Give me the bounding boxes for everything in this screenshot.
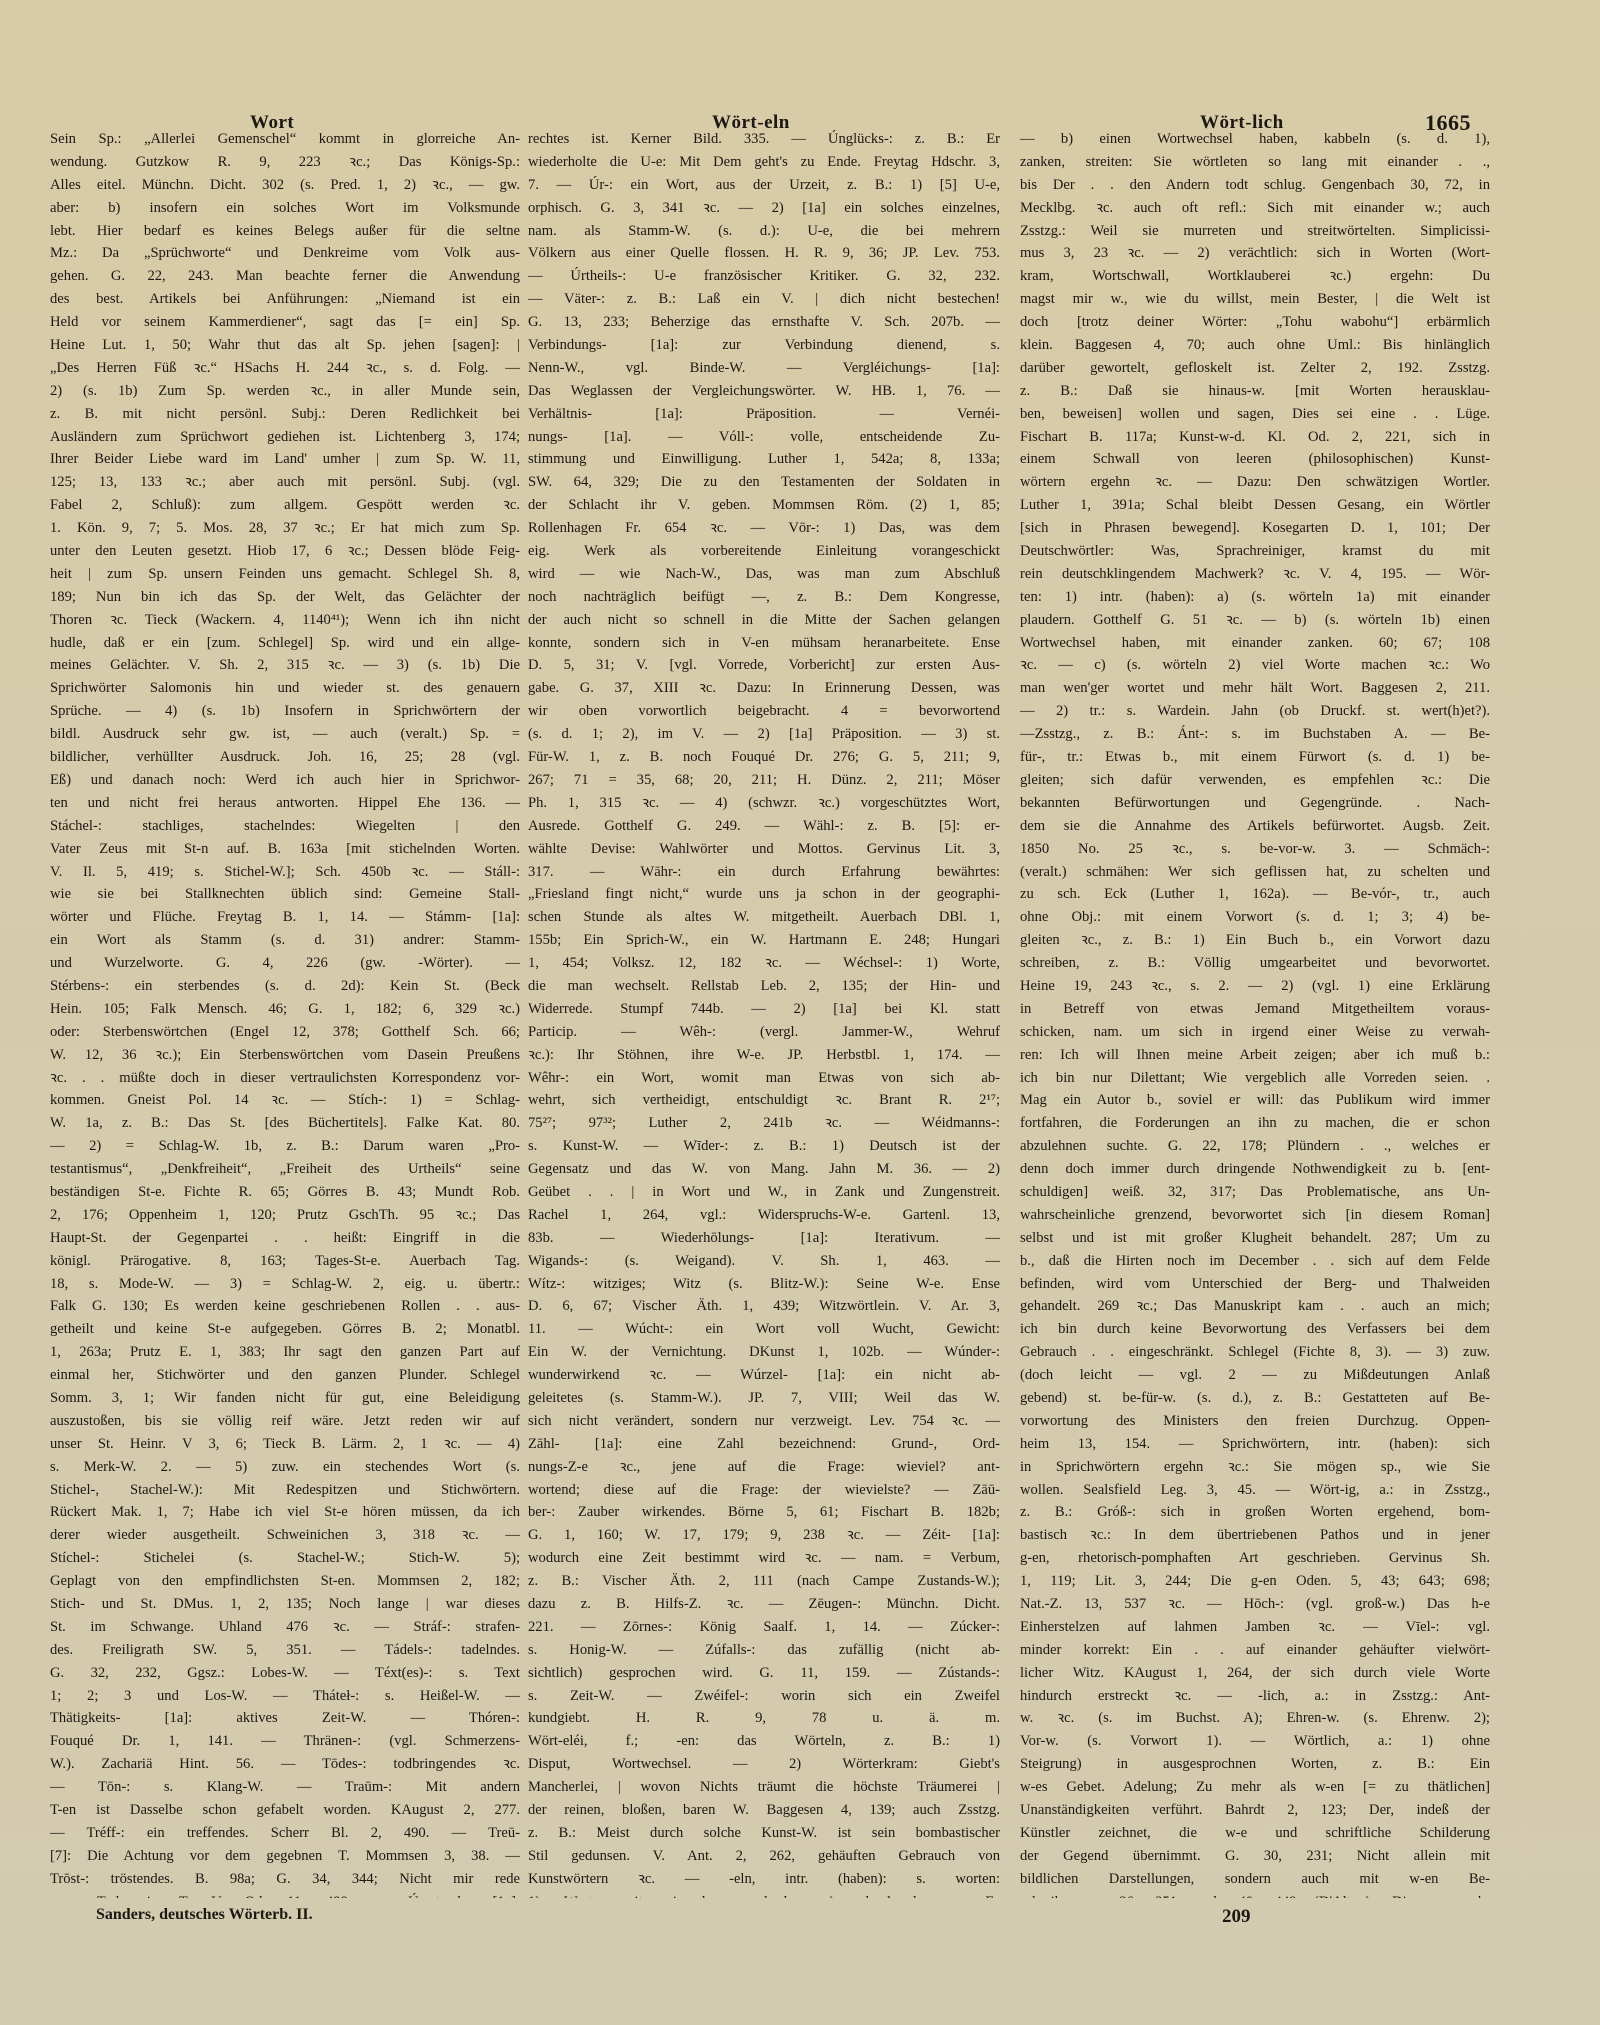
text-line: Zsstzg.: Weil sie murreten und streitwör… (1020, 220, 1490, 243)
text-line: s. Honig-W. — Zúfalls-: das zufällig (ni… (528, 1639, 1000, 1662)
text-line: schuldigen] weiß. 32, 317; Das Problemat… (1020, 1181, 1490, 1204)
text-line: (veralt.) schmähen: Wer sich geflissen h… (1020, 861, 1490, 884)
text-line: b., daß die Hirten noch im December . . … (1020, 1250, 1490, 1273)
text-line: wörtern ergehn ꝛc. — Dazu: Den schwätzig… (1020, 471, 1490, 494)
text-line: bastisch ꝛc.: In dem übertriebenen Patho… (1020, 1524, 1490, 1547)
text-line: Stérbens-: ein sterbendes (s. d. 2d): Ke… (50, 975, 520, 998)
text-line: 1. Kön. 9, 7; 5. Mos. 28, 37 ꝛc.; Er hat… (50, 517, 520, 540)
text-line: z. B.: Meist durch solche Kunst-W. ist s… (528, 1822, 1000, 1845)
text-line: unser St. Heinr. V 3, 6; Tieck B. Lärm. … (50, 1433, 520, 1456)
text-line: des. Freiligrath SW. 5, 351. — Tádels-: … (50, 1639, 520, 1662)
text-line: nungs-Z-e ꝛc., jene auf die Frage: wievi… (528, 1456, 1000, 1479)
text-line: s. Kunst-W. — Wīder-: z. B.: 1) Deutsch … (528, 1135, 1000, 1158)
text-line: Ausrede. Gotthelf G. 249. — Wähl-: z. B.… (528, 815, 1000, 838)
text-line: Somm. 3, 1; Wir fanden nicht für gut, ei… (50, 1387, 520, 1410)
text-line: selbst und ist mit großer Klugheit behan… (1020, 1227, 1490, 1250)
text-line: ꝛc.): Ihr Stöhnen, ihre W-e. JP. Herbstb… (528, 1044, 1000, 1067)
text-column-1: Sein Sp.: „Allerlei Gemenschel“ kommt in… (50, 128, 520, 1898)
text-line: Mecklbg. ꝛc. auch oft refl.: Sich mit ei… (1020, 197, 1490, 220)
text-line: der Schlacht ihr V. geben. Mommsen Röm. … (528, 494, 1000, 517)
text-line: — 2) tr.: s. Wardein. Jahn (ob Druckf. s… (1020, 700, 1490, 723)
text-line: Gegensatz und das W. von Mang. Jahn M. 3… (528, 1158, 1000, 1181)
text-line: Particip. — Wêh-: (vergl. Jammer-W., Weh… (528, 1021, 1000, 1044)
text-line: und Wurzelworte. G. 4, 226 (gw. -Wörter)… (50, 952, 520, 975)
text-line: vom Tod ein T. V. Od. 11, 488. — Úmstand… (50, 1891, 520, 1898)
text-line: bis Der . . den Andern todt schlug. Geng… (1020, 174, 1490, 197)
text-line: Fabel 2, Schluß): zum allgem. Gespött we… (50, 494, 520, 517)
text-line: Heine 19, 243 ꝛc., s. 2. — 2) (vgl. 1) e… (1020, 975, 1490, 998)
text-line: Widerrede. Stumpf 744b. — 2) [1a] bei Kl… (528, 998, 1000, 1021)
text-line: magst mir w., wie du willst, mein Bester… (1020, 288, 1490, 311)
text-line: darüber gewortelt, gefloskelt ist. Zelte… (1020, 357, 1490, 380)
text-line: schicken, nam. um sich in irgend einer W… (1020, 1021, 1490, 1044)
text-line: abzulehnen suchte. G. 22, 178; Plündern … (1020, 1135, 1490, 1158)
text-line: wehrt, sich vertheidigt, entschuldigt ꝛc… (528, 1089, 1000, 1112)
text-line: Zāhl- [1a]: eine Zahl bezeichnend: Grund… (528, 1433, 1000, 1456)
text-line: 83b. — Wiederhōlungs- [1a]: Iterativum. … (528, 1227, 1000, 1250)
text-line: licher Witz. KAugust 1, 264, der sich du… (1020, 1662, 1490, 1685)
text-line: rein deutschklingendem Machwerk? ꝛc. V. … (1020, 563, 1490, 586)
text-line: ich bin durch keine Bevorwortung des Ver… (1020, 1318, 1490, 1341)
text-line: heit | zum Sp. unsern Feinden uns gemach… (50, 563, 520, 586)
text-line: z. B.: Vischer Äth. 2, 111 (nach Campe Z… (528, 1570, 1000, 1593)
text-line: derer wieder ausgetheilt. Schweinichen 3… (50, 1524, 520, 1547)
text-line: sichtlich) gesprochen wird. G. 11, 159. … (528, 1662, 1000, 1685)
text-line: Falk G. 130; Es werden keine geschrieben… (50, 1295, 520, 1318)
text-line: 125; 13, 133 ꝛc.; aber auch mit persönl.… (50, 471, 520, 494)
text-line: bildl. Ausdruck sehr gw. ist, — auch (ve… (50, 723, 520, 746)
text-line: Gebrauch . . eingeschränkt. Schlegel (Fi… (1020, 1341, 1490, 1364)
text-line: Deutschwörtler: Was, Sprachreiniger, kra… (1020, 540, 1490, 563)
text-line: 1) Worte mit einander wechseln: a) plaud… (528, 1891, 1000, 1898)
text-line: Ausländern zum Sprüchwort gediehen ist. … (50, 426, 520, 449)
text-line: 2) (s. 1b) Zum Sp. werden ꝛc., in aller … (50, 380, 520, 403)
text-line: Kunstwörtern ꝛc. — -eln, intr. (haben): … (528, 1868, 1000, 1891)
text-line: kram, Wortschwall, Wortklauberei ꝛc.) er… (1020, 265, 1490, 288)
text-line: Fischart B. 117a; Kunst-w-d. Kl. Od. 2, … (1020, 426, 1490, 449)
text-line: Geplagt von den empfindlichsten St-en. M… (50, 1570, 520, 1593)
text-line: z. B.: Gróß-: sich in großen Worten erge… (1020, 1501, 1490, 1524)
text-line: Verhältnis- [1a]: Präposition. — Vernéi- (528, 403, 1000, 426)
text-line: schen Stunde als altes W. mitgetheilt. A… (528, 906, 1000, 929)
text-line: — Tréff-: ein treffendes. Scherr Bl. 2, … (50, 1822, 520, 1845)
text-line: sich nicht verändert, sondern nur verzwe… (528, 1410, 1000, 1433)
text-line: man wen'ger wortet und mehr hält Wort. B… (1020, 677, 1490, 700)
text-line: konnte, sondern sich in V-en mühsam hera… (528, 632, 1000, 655)
text-line: Künstler zeichnet, die w-e und schriftli… (1020, 1822, 1490, 1845)
text-line: 1, 119; Lit. 3, 244; Die g-en Oden. 5, 4… (1020, 1570, 1490, 1593)
text-line: s. Zeit-W. — Zwéifel-: worin sich ein Zw… (528, 1685, 1000, 1708)
text-line: nungs- [1a]. — Vóll-: volle, entscheiden… (528, 426, 1000, 449)
text-line: Sein Sp.: „Allerlei Gemenschel“ kommt in… (50, 128, 520, 151)
text-line: wiederholte die U-e: Mit Dem geht's zu E… (528, 151, 1000, 174)
text-line: Unanständigkeiten verführt. Bahrdt 2, 12… (1020, 1799, 1490, 1822)
text-line: w. ꝛc. (s. im Buchst. A); Ehren-w. (s. E… (1020, 1707, 1490, 1730)
text-line: des best. Artikels bei Anführungen: „Nie… (50, 288, 520, 311)
text-line: hindurch erstreckt ꝛc. — -lich, a.: in Z… (1020, 1685, 1490, 1708)
text-line: — Väter-: z. B.: Laß ein V. | dich nicht… (528, 288, 1000, 311)
text-line: D. 6, 67; Vischer Äth. 1, 439; Witzwörtl… (528, 1295, 1000, 1318)
text-line: W. 1a, z. B.: Das St. [des Büchertitels]… (50, 1112, 520, 1135)
text-line: vorwortung des Ministers den freien Durc… (1020, 1410, 1490, 1433)
text-line: ten: 1) intr. (haben): a) (s. wörteln 1a… (1020, 586, 1490, 609)
text-line: T-en ist Dasselbe schon gefabelt worden.… (50, 1799, 520, 1822)
text-line: gebend) st. be-für-w. (s. d.), z. B.: Ge… (1020, 1387, 1490, 1410)
text-line: wortend; diese auf die Frage: der wievie… (528, 1479, 1000, 1502)
text-column-2: rechtes ist. Kerner Bild. 335. — Únglück… (528, 128, 1000, 1898)
text-line: gehandelt. 269 ꝛc.; Das Manuskript kam .… (1020, 1295, 1490, 1318)
text-line: 155b; Ein Sprich-W., ein W. Hartmann E. … (528, 929, 1000, 952)
text-line: Thätigkeits- [1a]: aktives Zeit-W. — Thó… (50, 1707, 520, 1730)
text-line: kommen. Gneist Pol. 14 ꝛc. — Stích-: 1) … (50, 1089, 520, 1112)
text-line: wendung. Gutzkow R. 9, 223 ꝛc.; Das Köni… (50, 151, 520, 174)
text-line: G. 32, 232, Ggsz.: Lobes-W. — Téxt(es)-:… (50, 1662, 520, 1685)
text-line: Haupt-St. der Gegenpartei . . heißt: Ein… (50, 1227, 520, 1250)
text-line: g-en, rhetorisch-pomphaften Art geschrie… (1020, 1547, 1490, 1570)
text-line: gleiten ꝛc., z. B.: 1) Ein Buch b., ein … (1020, 929, 1490, 952)
text-line: der Gegend übernimmt. G. 30, 231; Nicht … (1020, 1845, 1490, 1868)
text-line: Stich- und St. DMus. 1, 2, 135; Noch lan… (50, 1593, 520, 1616)
text-line: 189; Nun bin ich das Sp. der Welt, das G… (50, 586, 520, 609)
text-line: Ph. 1, 315 ꝛc. — 4) (schwzr. ꝛc.) vorges… (528, 792, 1000, 815)
text-line: Völkern aus einer Quelle flossen. H. R. … (528, 242, 1000, 265)
text-line: 75²⁷; 97³²; Luther 2, 241b ꝛc. — Wéidman… (528, 1112, 1000, 1135)
text-line: Für-W. 1, z. B. noch Fouqué Dr. 276; G. … (528, 746, 1000, 769)
text-line: D. 5, 31; V. [vgl. Vorrede, Vorbericht] … (528, 654, 1000, 677)
text-line: unter den Leuten gesetzt. Hiob 17, 6 ꝛc.… (50, 540, 520, 563)
text-line: 11. — Wúcht-: ein Wort voll Wucht, Gewic… (528, 1318, 1000, 1341)
text-line: für-, tr.: Etwas b., mit einem Fürwort (… (1020, 746, 1490, 769)
text-line: Rollenhagen Fr. 654 ꝛc. — Vōr-: 1) Das, … (528, 517, 1000, 540)
text-line: Vor-w. (s. Vorwort 1). — Wörtlich, a.: 1… (1020, 1730, 1490, 1753)
text-line: W.). Zachariä Hint. 56. — Tōdes-: todbri… (50, 1753, 520, 1776)
text-line: noch nachträglich beifügt —, z. B.: Dem … (528, 586, 1000, 609)
text-line: — Úrtheils-: U-e französischer Kritiker.… (528, 265, 1000, 288)
text-line: z. B.: Daß sie hinaus-w. [mit Worten her… (1020, 380, 1490, 403)
text-line: ohne Obj.: mit einem Vorwort (s. d. 1; 3… (1020, 906, 1490, 929)
text-line: Wigands-: (s. Weigand). V. Sh. 1, 463. — (528, 1250, 1000, 1273)
text-line: [sich in Phrasen bewegend]. Kosegarten D… (1020, 517, 1490, 540)
dictionary-page: Wort Wört-eln Wört-lich 1665 Sein Sp.: „… (0, 0, 1600, 2025)
text-line: Alles eitel. Münchn. Dicht. 302 (s. Pred… (50, 174, 520, 197)
text-line: ben, beweisen] wollen und sagen, Dies se… (1020, 403, 1490, 426)
text-line: gabe. G. 37, XIII ꝛc. Dazu: In Erinnerun… (528, 677, 1000, 700)
text-line: Stil gedunsen. V. Ant. 2, 262, gehäuften… (528, 1845, 1000, 1868)
text-line: dazu z. B. Hilfs-Z. ꝛc. — Zēugen-: Münch… (528, 1593, 1000, 1616)
text-line: denn doch immer durch dringende Nothwend… (1020, 1158, 1490, 1181)
text-line: 7. — Úr-: ein Wort, aus der Urzeit, z. B… (528, 174, 1000, 197)
text-line: mus 3, 23 ꝛc. — 2) verächtlich: sich in … (1020, 242, 1490, 265)
text-line: (doch leicht — vgl. 2 — zu Mißdeutungen … (1020, 1364, 1490, 1387)
text-line: zanken, streiten: Sie wörtleten so lang … (1020, 151, 1490, 174)
text-line: Eß) und danach noch: Werd ich auch hier … (50, 769, 520, 792)
text-line: doch [trotz deiner Wörter: „Tohu wabohu“… (1020, 311, 1490, 334)
text-line: wie sie bei Stallknechten üblich sind: G… (50, 883, 520, 906)
text-line: plaudern. Gotthelf G. 51 ꝛc. — b) (s. wö… (1020, 609, 1490, 632)
text-line: bekannten Befürwortungen und Gegengründe… (1020, 792, 1490, 815)
text-line: —Zsstzg., z. B.: Ánt-: s. im Buchstaben … (1020, 723, 1490, 746)
text-line: Mancherlei, | wovon Nichts träumt die hö… (528, 1776, 1000, 1799)
text-line: V. Il. 5, 419; s. Stichel-W.]; Sch. 450b… (50, 861, 520, 884)
text-line: Steigrung) in ausgesprochnen Worten, z. … (1020, 1753, 1490, 1776)
text-line: — Tōn-: s. Klang-W. — Traūm-: Mit andern (50, 1776, 520, 1799)
text-line: z. B. mit nicht persönl. Subj.: Deren Re… (50, 403, 520, 426)
text-line: s. Merk-W. 2. — 5) zuw. ein stechendes W… (50, 1456, 520, 1479)
text-line: schreiben, z. B.: Völlig umgearbeitet un… (1020, 952, 1490, 975)
text-line: die man wechselt. Rellstab Leb. 2, 135; … (528, 975, 1000, 998)
text-line: in Sprichwörtern ergehn ꝛc.: Sie mögen s… (1020, 1456, 1490, 1479)
text-line: oder: Sterbenswörtchen (Engel 12, 378; G… (50, 1021, 520, 1044)
text-line: G. 1, 160; W. 17, 179; 9, 238 ꝛc. — Zéit… (528, 1524, 1000, 1547)
text-line: Luther 1, 391a; Schal bleibt Dessen Gesa… (1020, 494, 1490, 517)
text-line: Ihrer Beider Liebe ward im Land' umher |… (50, 448, 520, 471)
text-line: ten und nicht frei heraus antworten. Hip… (50, 792, 520, 815)
text-line: SW. 64, 329; Die zu den Testamenten der … (528, 471, 1000, 494)
text-line: Mz.: Da „Sprüchworte“ und Denkreime vom … (50, 242, 520, 265)
text-line: wahrscheinliche grenzend, bevorwortet si… (1020, 1204, 1490, 1227)
text-line: der reinen, bloßen, baren W. Baggesen 4,… (528, 1799, 1000, 1822)
text-line: ꝛc. . . müßte doch in dieser vertraulich… (50, 1067, 520, 1090)
text-line: — 2) = Schlag-W. 1b, z. B.: Darum waren … (50, 1135, 520, 1158)
text-line: Nenn-W., vgl. Binde-W. — Vergléichungs- … (528, 357, 1000, 380)
text-line: königl. Prärogative. 8, 163; Tages-St-e.… (50, 1250, 520, 1273)
text-line: w-es Gebet. Adelung; Zu mehr als w-en [=… (1020, 1776, 1490, 1799)
text-line: einem Schwall von leeren (philosophische… (1020, 448, 1490, 471)
text-line: Das Weglassen der Vergleichungswörter. W… (528, 380, 1000, 403)
text-line: beständigen St-e. Fichte R. 65; Görres B… (50, 1181, 520, 1204)
text-line: hudle, daß er ein [zum. Schlegel] Sp. wi… (50, 632, 520, 655)
text-line: wählte Devise: Wahlwörter und Mottos. Ge… (528, 838, 1000, 861)
text-line: Wítz-: witziges; Witz (s. Blitz-W.): Sei… (528, 1273, 1000, 1296)
text-line: 1; 2; 3 und Los-W. — Tháteł-: s. Heißel-… (50, 1685, 520, 1708)
text-line: wunderwirkend ꝛc. — Wúrzel- [1a]: ein ni… (528, 1364, 1000, 1387)
text-line: gleiten; sich dafür verwenden, es empfeh… (1020, 769, 1490, 792)
text-line: ꝛc. — c) (s. wörteln 2) viel Worte mache… (1020, 654, 1490, 677)
text-line: 1, 454; Volksz. 12, 182 ꝛc. — Wéchsel-: … (528, 952, 1000, 975)
text-line: der auch nicht so schnell in die Mitte d… (528, 609, 1000, 632)
text-line: 1850 No. 25 ꝛc., s. be-vor-w. 3. — Schmä… (1020, 838, 1490, 861)
text-line: Stíchel-: Stichelei (s. Stachel-W.; Stic… (50, 1547, 520, 1570)
text-line: Hein. 105; Falk Mensch. 46; G. 1, 182; 6… (50, 998, 520, 1021)
text-line: auszustoßen, bis sie völlig reif wäre. J… (50, 1410, 520, 1433)
text-line: Stáchel-: stachliges, stachelndes: Wiege… (50, 815, 520, 838)
text-line: Fouqué Dr. 1, 141. — Thränen-: (vgl. Sch… (50, 1730, 520, 1753)
text-line: Einherstelzen auf lahmen Jamben ꝛc. — Vī… (1020, 1616, 1490, 1639)
text-line: ren: Ich will Ihnen meine Arbeit zeigen;… (1020, 1044, 1490, 1067)
text-line: Ein W. der Vernichtung. DKunst 1, 102b. … (528, 1341, 1000, 1364)
sheet-number: 209 (1222, 1906, 1251, 1928)
text-line: zu sch. Eck (Luther 1, 162a). — Be-vór-,… (1020, 883, 1490, 906)
text-line: 2, 176; Oppenheim 1, 120; Prutz GschTh. … (50, 1204, 520, 1227)
text-line: Vater Zeus mit St-n auf. B. 163a [mit st… (50, 838, 520, 861)
text-line: Heine Lut. 1, 50; Wahr thut das alt Sp. … (50, 334, 520, 357)
text-line: kundgiebt. H. R. 9, 78 u. ä. m. (528, 1707, 1000, 1730)
text-line: 1, 263a; Prutz E. 1, 383; Ihr sagt den g… (50, 1341, 520, 1364)
text-line: nam. als Stamm-W. (s. d.): U-e, die bei … (528, 220, 1000, 243)
text-line: wodurch eine Zeit bestimmt wird ꝛc. — na… (528, 1547, 1000, 1570)
text-line: einmal her, Stichwörter und den ganzen P… (50, 1364, 520, 1387)
text-line: 317. — Wāhr-: ein durch Erfahrung bewähr… (528, 861, 1000, 884)
text-line: minder korrekt: Ein . . auf einander geh… (1020, 1639, 1490, 1662)
text-line: — b) einen Wortwechsel haben, kabbeln (s… (1020, 128, 1490, 151)
text-line: Sprüche. — 4) (s. 1b) Insofern in Sprich… (50, 700, 520, 723)
text-line: Disput, Wortwechsel. — 2) Wörterkram: Gi… (528, 1753, 1000, 1776)
text-line: (s. d. 1; 2), im V. — 2) [1a] Präpositio… (528, 723, 1000, 746)
text-line: wird — wie Nach-W., Das, was man zum Abs… (528, 563, 1000, 586)
text-line: 18, s. Mode-W. — 3) = Schlag-W. 2, eig. … (50, 1273, 520, 1296)
text-line: eig. Werk als vorbereitende Einleitung v… (528, 540, 1000, 563)
text-line: Wortwechsel haben, mit einander zanken. … (1020, 632, 1490, 655)
text-line: W. 12, 36 ꝛc.); Ein Sterbenswörtchen vom… (50, 1044, 520, 1067)
text-line: geleitetes (s. Stamm-W.). JP. 7, VIII; W… (528, 1387, 1000, 1410)
text-line: Thoren ꝛc. Tieck (Wackern. 4, 1140⁴¹); W… (50, 609, 520, 632)
text-line: Geübet . . | in Wort und W., in Zank und… (528, 1181, 1000, 1204)
text-line: „Des Herren Füß ꝛc.“ HSachs H. 244 ꝛc., … (50, 357, 520, 380)
text-line: Sprichwörter Salomonis hin und wieder st… (50, 677, 520, 700)
text-line: aber: b) insofern ein solches Wort im Vo… (50, 197, 520, 220)
text-line: 267; 71 = 35, 68; 20, 211; H. Dünz. 2, 2… (528, 769, 1000, 792)
text-line: 221. — Zōrnes-: König Saalf. 1, 14. — Zú… (528, 1616, 1000, 1639)
text-line: Wört-eléi, f.; -en: das Wörteln, z. B.: … (528, 1730, 1000, 1753)
text-column-3: — b) einen Wortwechsel haben, kabbeln (s… (1020, 128, 1490, 1898)
text-line: meines Gelächter. V. Sh. 2, 315 ꝛc. — 3)… (50, 654, 520, 677)
text-line: bildlicher, verhüllter Ausdruck. Joh. 16… (50, 746, 520, 769)
text-line: schreibungen. 36, 251, vgl. 40, 449 (D'A… (1020, 1891, 1490, 1898)
text-line: Rachel 1, 264, vgl.: Widerspruchs-W-e. G… (528, 1204, 1000, 1227)
text-line: orphisch. G. 3, 341 ꝛc. — 2) [1a] ein so… (528, 197, 1000, 220)
text-line: befinden, wird vom Unterschied der Berg-… (1020, 1273, 1490, 1296)
text-line: bildlichen Darstellungen, sondern auch m… (1020, 1868, 1490, 1891)
text-line: dem sie die Annahme des Artikels befürwo… (1020, 815, 1490, 838)
text-line: gehen. G. 22, 243. Man beachte ferner di… (50, 265, 520, 288)
text-line: heim 13, 154. — Sprichwörtern, intr. (ha… (1020, 1433, 1490, 1456)
text-line: „Friesland fingt nicht,“ wurde uns ja sc… (528, 883, 1000, 906)
text-line: Rückert Mak. 1, 7; Habe ich viel St-e hö… (50, 1501, 520, 1524)
text-line: rechtes ist. Kerner Bild. 335. — Únglück… (528, 128, 1000, 151)
text-line: klein. Baggesen 4, 70; auch ohne Uml.: B… (1020, 334, 1490, 357)
text-line: Held vor seinem Kammerdiener“, sagt das … (50, 311, 520, 334)
text-line: stimmung und Einwilligung. Luther 1, 542… (528, 448, 1000, 471)
text-line: Verbindungs- [1a]: zur Verbindung dienen… (528, 334, 1000, 357)
text-line: getheilt und keine St-e aufgegeben. Görr… (50, 1318, 520, 1341)
footer-signature: Sanders, deutsches Wörterb. II. (96, 1906, 313, 1924)
text-line: ein Wort als Stamm (s. d. 31) andrer: St… (50, 929, 520, 952)
text-line: wörter und Flüche. Freytag B. 1, 14. — S… (50, 906, 520, 929)
text-line: wir oben vorwortlich beigebracht. 4 = be… (528, 700, 1000, 723)
text-line: fortfahren, die Forderungen an ihn zu ma… (1020, 1112, 1490, 1135)
text-line: wollen. Sealsfield Leg. 3, 45. — Wört-ig… (1020, 1479, 1490, 1502)
text-line: Trōst-: tröstendes. B. 98a; G. 34, 344; … (50, 1868, 520, 1891)
text-line: Stichel-, Stachel-W.): Mit Redespitzen u… (50, 1479, 520, 1502)
text-line: Wêhr-: ein Wort, womit man Etwas von sic… (528, 1067, 1000, 1090)
text-line: ber-: Zauber wirkendes. Börne 5, 61; Fis… (528, 1501, 1000, 1524)
text-line: Nat.-Z. 13, 537 ꝛc. — Hōch-: (vgl. groß-… (1020, 1593, 1490, 1616)
text-line: lebt. Hier bedarf es keines Belegs außer… (50, 220, 520, 243)
text-line: [7]: Die Achtung vor dem gegebnen T. Mom… (50, 1845, 520, 1868)
text-line: ich bin nur Dilettant; Wie vergeblich al… (1020, 1067, 1490, 1090)
text-line: St. im Schwange. Uhland 476 ꝛc. — Stráf-… (50, 1616, 520, 1639)
text-line: G. 13, 233; Beherzige das ernsthafte V. … (528, 311, 1000, 334)
text-line: Mag ein Autor b., soviel er will: das Pu… (1020, 1089, 1490, 1112)
text-line: testantismus“, „Denkfreiheit“, „Freiheit… (50, 1158, 520, 1181)
text-line: in Betreff von etwas Jemand Mitgetheilte… (1020, 998, 1490, 1021)
